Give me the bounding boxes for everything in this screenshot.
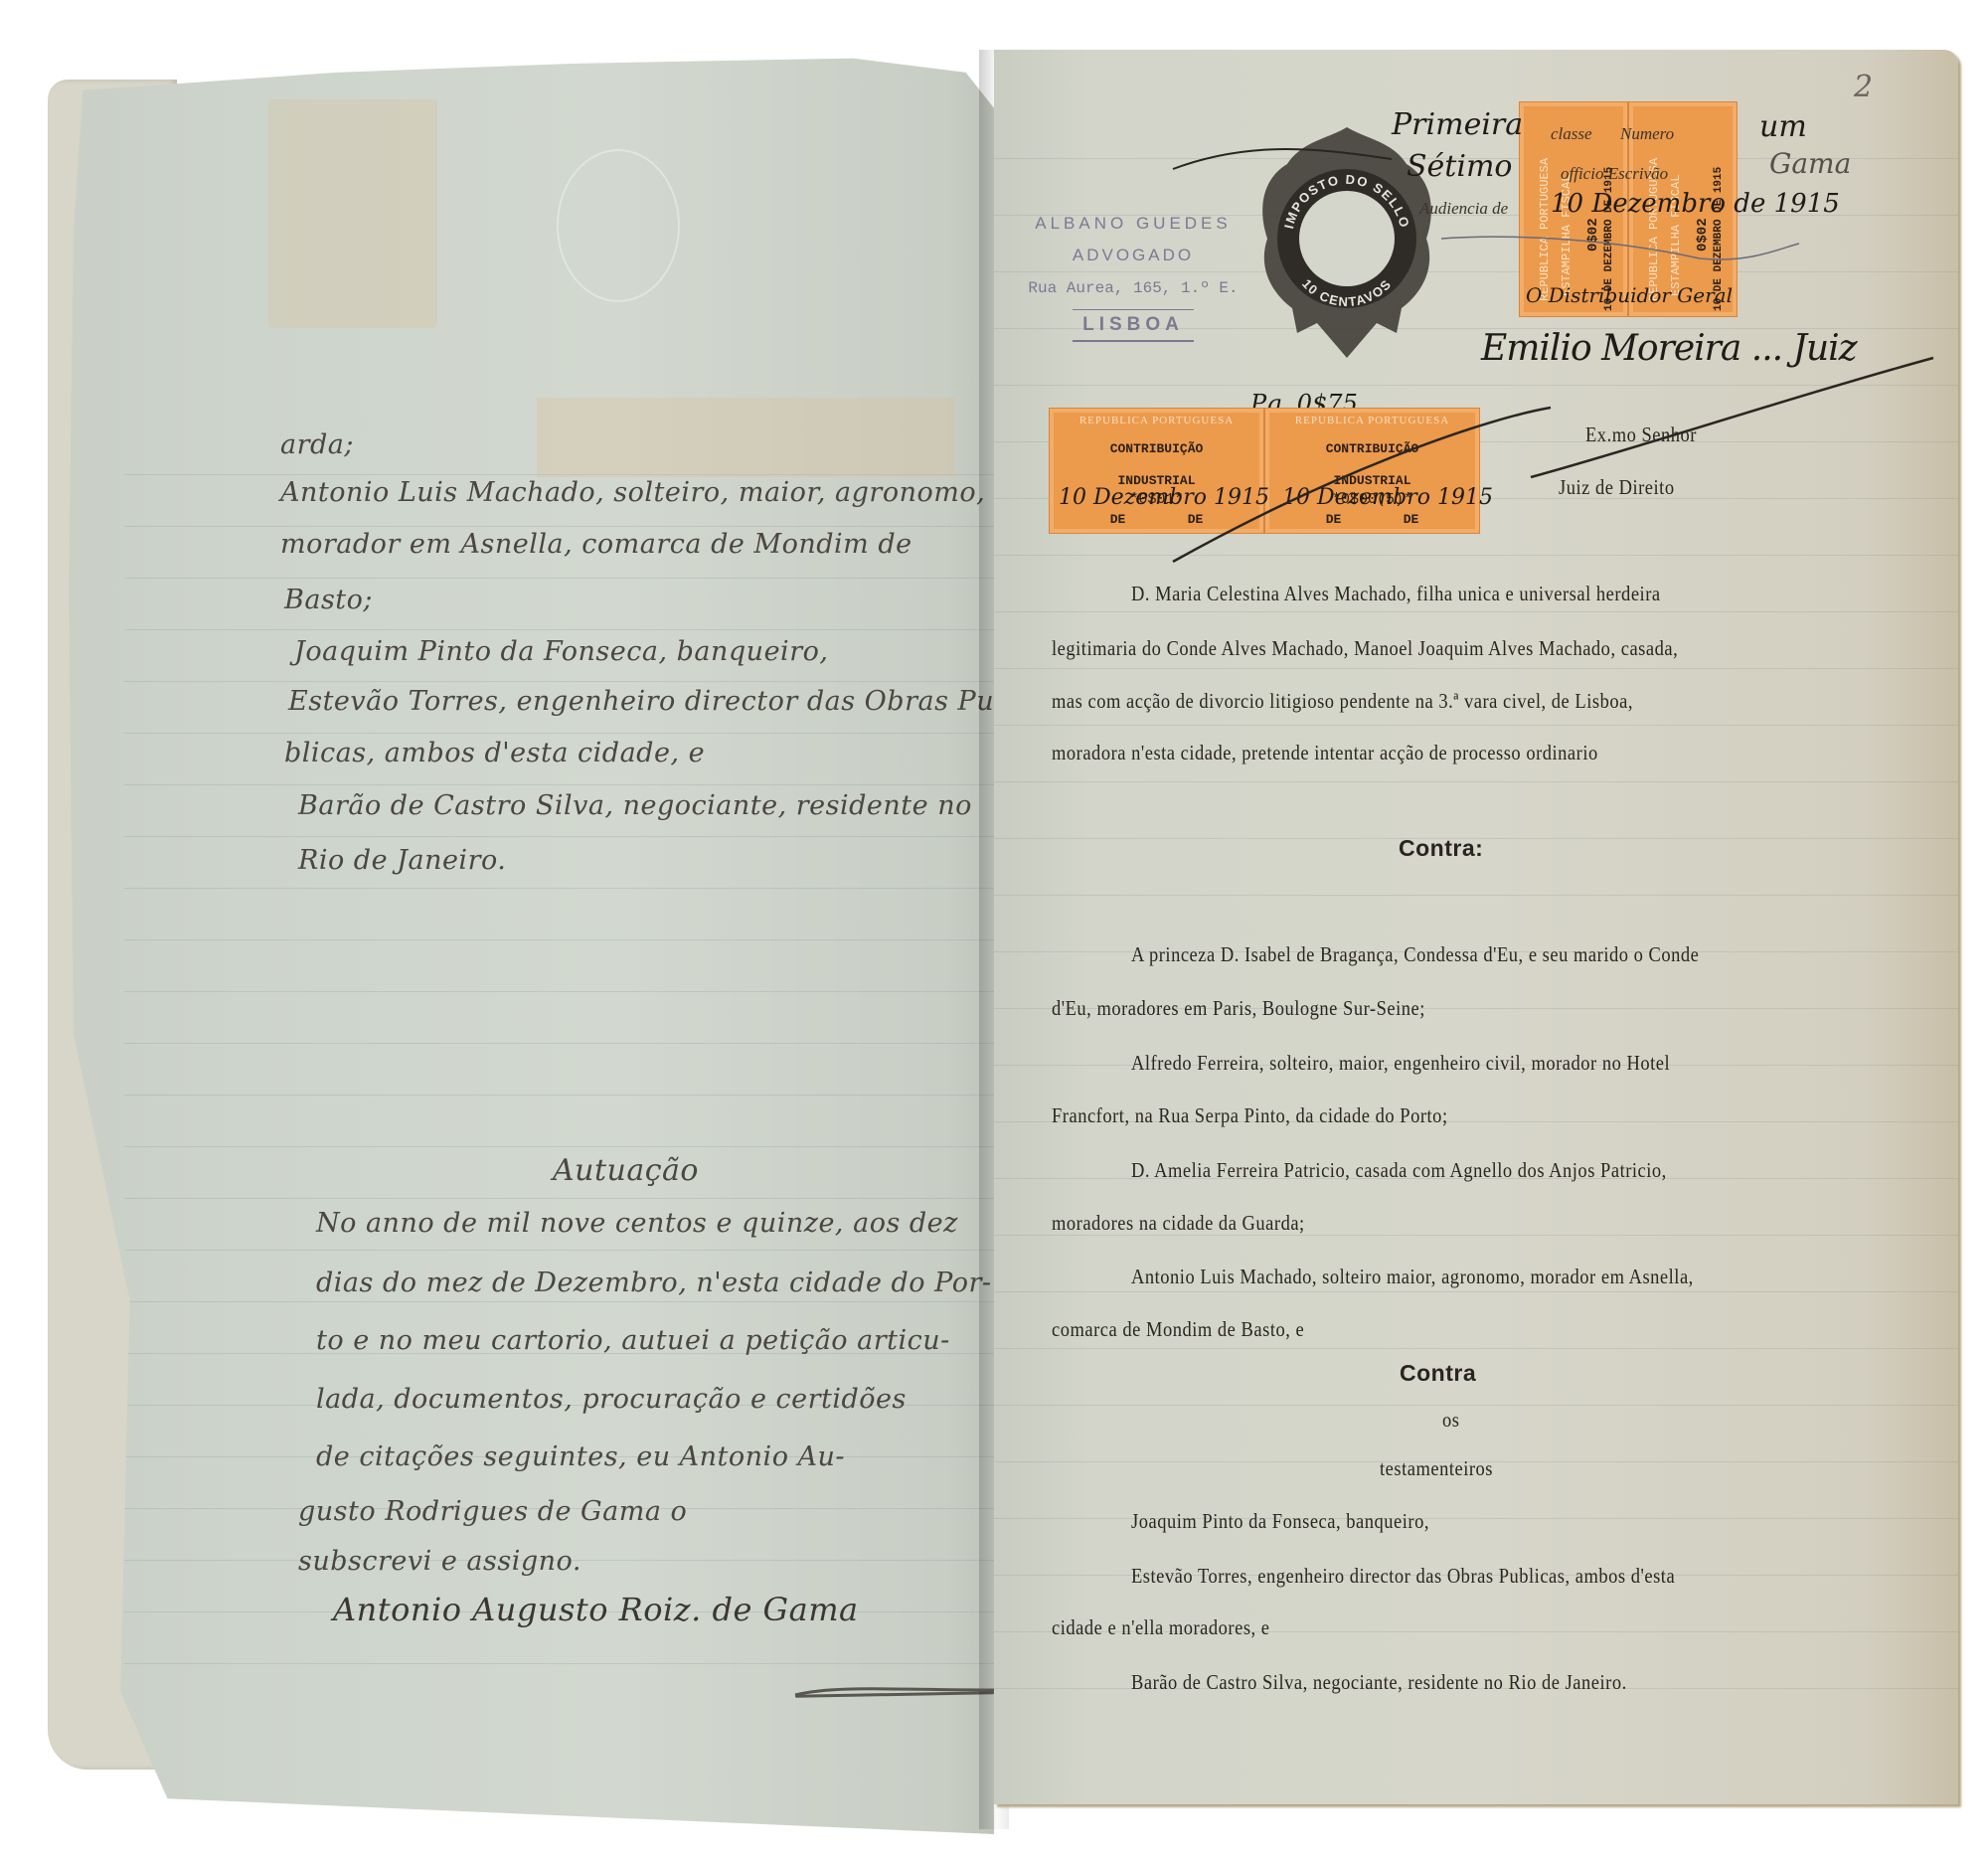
page-number: 2 [1854,70,1874,104]
defendant-line: D. Amelia Ferreira Patricio, casada com … [1131,1158,1667,1183]
autuacao-title: Autuação [553,1153,699,1188]
defendant-line: Alfredo Ferreira, solteiro, maior, engen… [1131,1051,1670,1076]
defendant-line: comarca de Mondim de Basto, e [1052,1317,1304,1342]
hw-line: No anno de mil nove centos e quinze, aos… [316,1208,958,1239]
defendant-line: moradores na cidade da Guarda; [1052,1211,1305,1236]
paper-stain [537,398,954,477]
contra-heading-2: Contra [1400,1360,1476,1387]
executor-line: cidade e n'ella moradores, e [1052,1615,1270,1640]
stamp-value: 0$02 [1695,218,1711,252]
salutation-line-2: Juiz de Direito [1559,475,1675,500]
executor-line: Barão de Castro Silva, negociante, resid… [1131,1670,1627,1695]
lawyer-stamp: ALBANO GUEDES ADVOGADO Rua Aurea, 165, 1… [1014,214,1252,373]
defendant-line: Francfort, na Rua Serpa Pinto, da cidade… [1052,1103,1448,1128]
hw-line: blicas, ambos d'esta cidade, e [284,738,705,768]
stamp-cancel-date: 10 Dezembro 1915 [1282,485,1493,510]
distributor-label: O Distribuidor Geral [1526,283,1733,307]
stamp-value: 0$02 [1585,218,1601,252]
clerk-signature: Antonio Augusto Roiz. de Gama [333,1591,859,1628]
defendant-line: d'Eu, moradores em Paris, Boulogne Sur-S… [1052,996,1425,1021]
class-hand: Primeira [1392,107,1523,142]
judge-signature: Emilio Moreira ... Juiz [1481,328,1857,369]
stamp-cancel-date: 10 Dezembro 1915 [1059,485,1269,510]
hw-line: Estevão Torres, engenheiro director das … [288,686,1004,717]
hw-line: gusto Rodrigues de Gama o [298,1496,687,1527]
paper-stain [268,99,437,328]
hw-line: de citações seguintes, eu Antonio Au- [316,1441,845,1472]
defendant-line: A princeza D. Isabel de Bragança, Condes… [1131,942,1699,967]
embossed-seal-icon [557,149,680,302]
testamenteiros-line: testamenteiros [1380,1456,1493,1481]
defendant-line: Antonio Luis Machado, solteiro maior, ag… [1131,1265,1694,1289]
hw-line: Antonio Luis Machado, solteiro, maior, a… [280,477,985,508]
hw-line: arda; [280,429,354,460]
hw-line: to e no meu cartorio, autuei a petição a… [316,1325,950,1356]
lawyer-address: Rua Aurea, 165, 1.º E. [1014,279,1252,297]
hw-line: lada, documentos, procuração e certidões [316,1384,907,1415]
hw-line: subscrevi e assigno. [298,1546,581,1577]
os-line: os [1442,1408,1459,1433]
executor-line: Joaquim Pinto da Fonseca, banqueiro, [1131,1509,1429,1534]
lawyer-title: ADVOGADO [1014,246,1252,265]
hw-line: morador em Asnella, comarca de Mondim de [280,529,912,560]
contribution-stamp-1: REPUBLICA PORTUGUESA CONTRIBUIÇÃO INDUST… [1049,408,1264,534]
lawyer-name: ALBANO GUEDES [1014,214,1252,234]
salutation-line-1: Ex.mo Senhor [1585,423,1697,447]
hw-line: Barão de Castro Silva, negociante, resid… [298,790,972,821]
hw-line: Joaquim Pinto da Fonseca, banqueiro, [294,636,828,667]
contra-heading-1: Contra: [1399,835,1483,862]
hw-line: dias do mez de Dezembro, n'esta cidade d… [316,1268,992,1298]
executor-line: Estevão Torres, engenheiro director das … [1131,1564,1675,1589]
hw-line: Basto; [284,585,373,615]
contribution-stamp-2: REPUBLICA PORTUGUESA CONTRIBUIÇÃO INDUST… [1264,408,1480,534]
lawyer-city: LISBOA [1073,309,1194,342]
hw-line: Rio de Janeiro. [298,845,506,876]
